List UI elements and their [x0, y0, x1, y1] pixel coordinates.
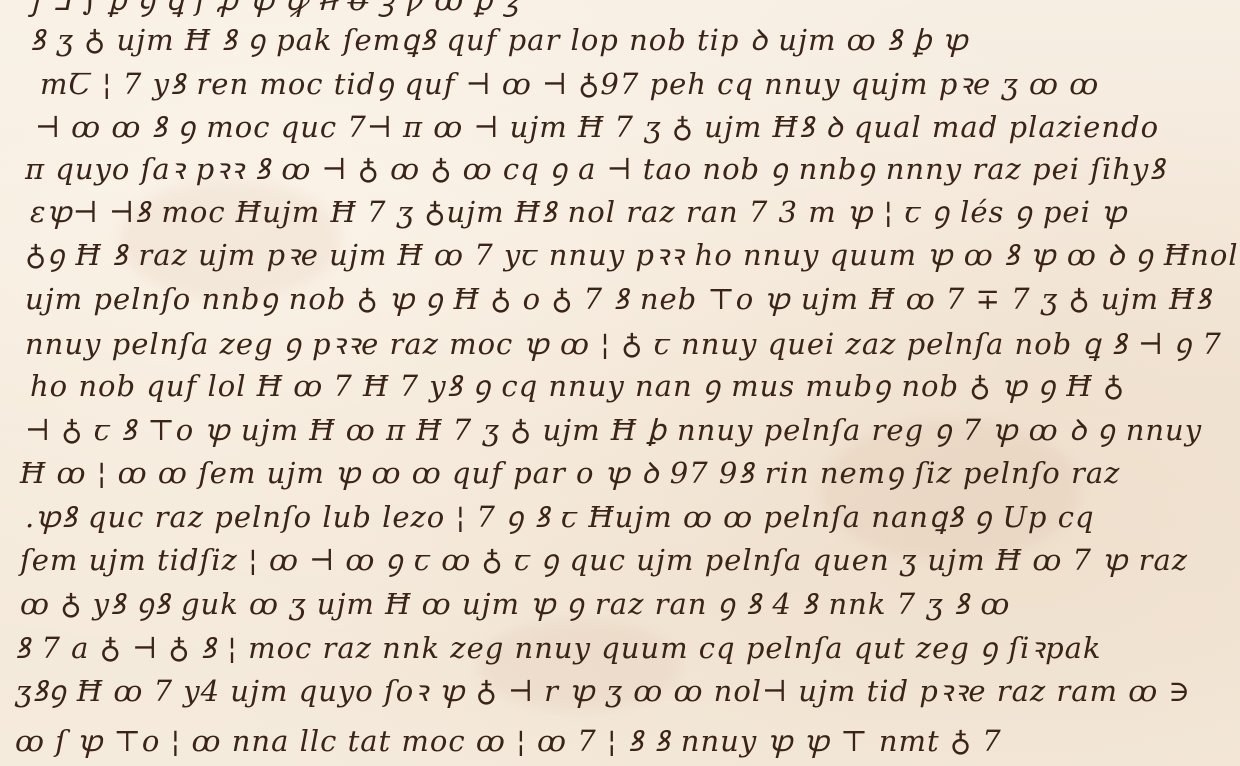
cipher-line: π quyo ſaꝛ pꝛꝛ ꝸ ꝏ ⊣ ♁ ꝏ ♁ ꝏ cq ꝯ a ⊣ ta… [25, 155, 1166, 184]
cipher-line: .ꝕꝸ quc raz pelnſo lub lezo ¦ 7 ꝯ ꝸ ꞇ Ħu… [25, 503, 1095, 532]
cipher-line: ꝸ ʒ ♁ ujm Ħ ꝸ ꝯ pak ſemꝗꝸ quf par lop no… [30, 26, 969, 55]
cipher-line: εꝕ⊣ ⊣ꝸ moc Ħujm Ħ 7 ʒ ♁ujm Ħꝸ nol raz ra… [30, 198, 1127, 227]
cipher-line: ꝏ ♁ yꝸ ꝯꝸ guk ꝏ ʒ ujm Ħ ꝏ ujm ꝕ ꝯ raz ra… [20, 590, 1010, 619]
cipher-line: ꝭ ⅃ ∫ ꝑ ꝯ ꝗ ſ ꝓ ꝕ ꝙ ꞥ ꝋ ꝫ ꝩ ꝏ ꝧ ꝣ [30, 0, 519, 15]
cipher-line: mꞆ ¦ 7 yꝸ ren moc tidꝯ quf ⊣ ꝏ ⊣ ♁97 peh… [40, 70, 1099, 99]
cipher-line: ⊣ ♁ ꞇ ꝸ ⊤o ꝕ ujm Ħ ꝏ π Ħ 7 ʒ ♁ ujm Ħ ꝧ n… [25, 416, 1202, 445]
cipher-line: ujm pelnſo nnbꝯ nob ♁ ꝕ ꝯ Ħ ♁ o ♁ 7 ꝸ ne… [25, 285, 1212, 314]
manuscript-page: ꝭ ⅃ ∫ ꝑ ꝯ ꝗ ſ ꝓ ꝕ ꝙ ꞥ ꝋ ꝫ ꝩ ꝏ ꝧ ꝣ ꝸ ʒ ♁ … [0, 0, 1240, 766]
cipher-line: ꝏ ſ ꝕ ⊤o ¦ ꝏ nna llc tat moc ꝏ ¦ ꝏ 7 ¦ ꝸ… [15, 727, 1002, 756]
cipher-line: ♁ꝯ Ħ ꝸ raz ujm pꝛe ujm Ħ ꝏ 7 yꞇ nnuy pꝛꝛ… [25, 241, 1239, 270]
cipher-line: ʒꝸꝯ Ħ ꝏ 7 y4 ujm quyo ſoꝛ ꝕ ♁ ⊣ r ꝕ ʒ ꝏ … [15, 677, 1191, 706]
cipher-line: ⊣ ꝏ ꝏ ꝸ ꝯ moc quc 7⊣ π ꝏ ⊣ ujm Ħ 7 ʒ ♁ u… [35, 113, 1159, 142]
cipher-line: nnuy pelnſa zeg ꝯ pꝛꝛe raz moc ꝕ ꝏ ¦ ♁ ꞇ… [25, 330, 1222, 359]
cipher-line: ho nob quf lol Ħ ꝏ 7 Ħ 7 yꝸ ꝯ cq nnuy na… [30, 372, 1125, 401]
cipher-line: ꝸ 7 a ♁ ⊣ ♁ ꝸ ¦ moc raz nnk zeg nnuy quu… [15, 634, 1102, 663]
cipher-line: ſem ujm tidſiz ¦ ꝏ ⊣ ꝏ ꝯ ꞇ ꝏ ♁ ꞇ ꝯ quc u… [20, 546, 1188, 575]
cipher-line: Ħ ꝏ ¦ ꝏ ꝏ ſem ujm ꝕ ꝏ ꝏ quf par o ꝕ ꝺ 97… [20, 459, 1120, 488]
